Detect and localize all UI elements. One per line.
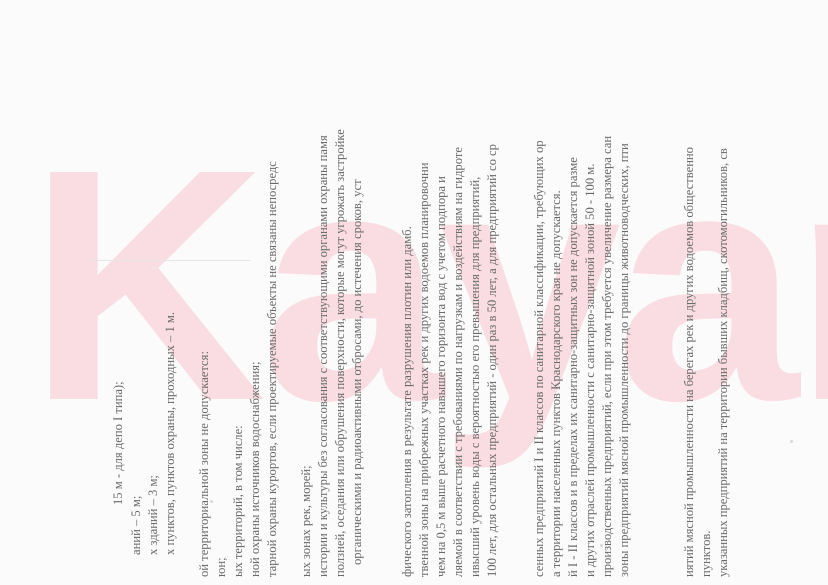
text-line: ползней, оседания или обрушения поверхно… (333, 129, 348, 577)
text-line: и других отраслей промышленности с санит… (583, 164, 598, 577)
text-line: тарной охраны курортов, если проектируем… (265, 161, 280, 577)
rotated-document-page: 15 м - для депо I типа);аний – 5 м;х зда… (0, 0, 828, 585)
text-line: твенной зоны на прибрежных участках рек … (417, 162, 432, 577)
text-line: х зданий – 3 м; (146, 475, 161, 555)
text-line: чем на 0,5 м выше расчетного навышего го… (434, 176, 449, 577)
text-line: ых территорий, в том числе: (231, 425, 246, 577)
scan-speck (790, 440, 793, 443)
text-line: х пунктов, пунктов охраны, проходных – 1… (163, 312, 178, 555)
scan-artifact (90, 260, 250, 261)
text-line: й I - II классов и в пределах их санитар… (566, 157, 581, 577)
scan-speck (210, 500, 213, 503)
text-line: юн; (214, 557, 229, 577)
text-line: ых зонах рек, морей; (299, 465, 314, 577)
text-line: а территории населенных пунктов Краснода… (549, 190, 564, 577)
text-line: ной охраны источников водоснабжения; (248, 362, 263, 577)
text-line: ляемой в соответствии с требованиями по … (451, 147, 466, 577)
text-line: ивысший уровень воды с вероятностью его … (468, 177, 483, 577)
text-line: иятий мясной промышленности на берегах р… (682, 147, 697, 577)
text-line: указанных предприятий на территории бывш… (716, 148, 731, 577)
text-line: фического затопления в результате разруш… (400, 226, 415, 577)
text-line: 100 лет, для остальных предприятий - оди… (485, 144, 500, 577)
scan-speck (600, 544, 603, 547)
text-line: зоны предприятий мясной промышленности д… (617, 143, 632, 577)
text-line: сенных предприятий I и II классов по сан… (532, 140, 547, 577)
text-line: производственных предприятий, если при э… (600, 136, 615, 577)
text-line: ой территориальной зоны не допускается: (197, 351, 212, 577)
text-line: органическими и радиоактивными отбросами… (350, 179, 365, 565)
text-line: аний – 5 м; (129, 496, 144, 555)
text-line: истории и культуры без согласования с со… (316, 135, 331, 577)
text-line: 15 м - для депо I типа); (111, 381, 126, 505)
text-line: пунктов. (699, 531, 714, 577)
